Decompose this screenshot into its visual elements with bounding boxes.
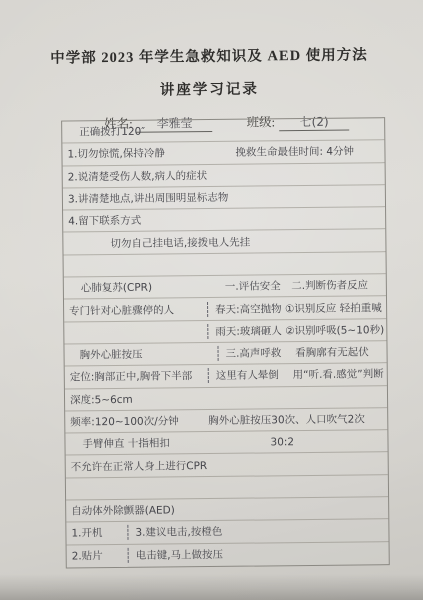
note-text: 春天:高空抛物 ①识别反应 轻拍重喊 [207,300,386,317]
note-text: 深度:5~6cm [65,391,208,407]
note-text: 1.切勿惊慌,保持冷静 [62,145,205,161]
note-text [64,331,207,332]
note-text: 一.评估安全 二.判断伤者反应 [219,277,386,294]
note-row: 2.贴片 电击键,马上做按压 [67,542,389,568]
note-text: 胸外心脏按压30次、人口吹气2次 [208,411,387,428]
note-text: 心肺复苏(CPR) [64,279,219,296]
page-title: 中学部 2023 年学生急救知识及 AED 使用方法 [0,48,421,67]
page-subtitle: 讲座学习记录 [0,75,421,100]
note-text: 2.贴片 [67,548,128,564]
note-text: 正确拨打120″ [62,124,145,140]
note-text: 专门针对心脏骤停的人 [64,302,207,318]
note-text: 4.留下联系方式 [63,213,141,229]
note-text: 1.开机 [66,525,127,541]
notes-box: 正确拨打120″ 1.切勿惊慌,保持冷静 挽救生命最佳时间: 4分钟 2.说清楚… [61,117,390,568]
note-text: 自动体外除颤器(AED) [66,503,175,519]
note-text: 切勿自己挂电话,接拨电人先挂 [63,234,250,251]
paper-content: 中学部 2023 年学生急救知识及 AED 使用方法 讲座学习记录 姓名: 李雅… [0,0,423,600]
note-text: 手臂伸直 十指相扣 [65,435,220,452]
note-text: 挽救生命最佳时间: 4分钟 [205,144,384,161]
note-text: 不允许在正常人身上进行CPR [66,458,208,474]
note-text [208,396,387,398]
note-text: 胸外心脏按压 [64,346,217,363]
note-text: 2.说清楚受伤人数,病人的症状 [63,168,208,185]
note-text: 三.高声呼救 看胸廓有无起伏 [217,344,386,361]
note-text: 电击键,马上做按压 [128,545,389,563]
note-text: 30:2 [220,435,387,449]
note-text: 这里有人晕倒 用“听.看.感觉”判断 [208,367,387,384]
note-text: 雨天:玻璃砸人 ②识别呼吸(5~10秒) [207,322,386,339]
note-text: 3.讲清楚地点,讲出周围明显标志物 [63,190,229,207]
note-text: 3.建议电击,按橙色 [127,523,388,541]
photo-paper-background: 中学部 2023 年学生急救知识及 AED 使用方法 讲座学习记录 姓名: 李雅… [0,0,423,600]
note-text: 定位:胸部正中,胸骨下半部 [65,368,208,384]
note-text: 频率:120~100次/分钟 [65,413,208,429]
